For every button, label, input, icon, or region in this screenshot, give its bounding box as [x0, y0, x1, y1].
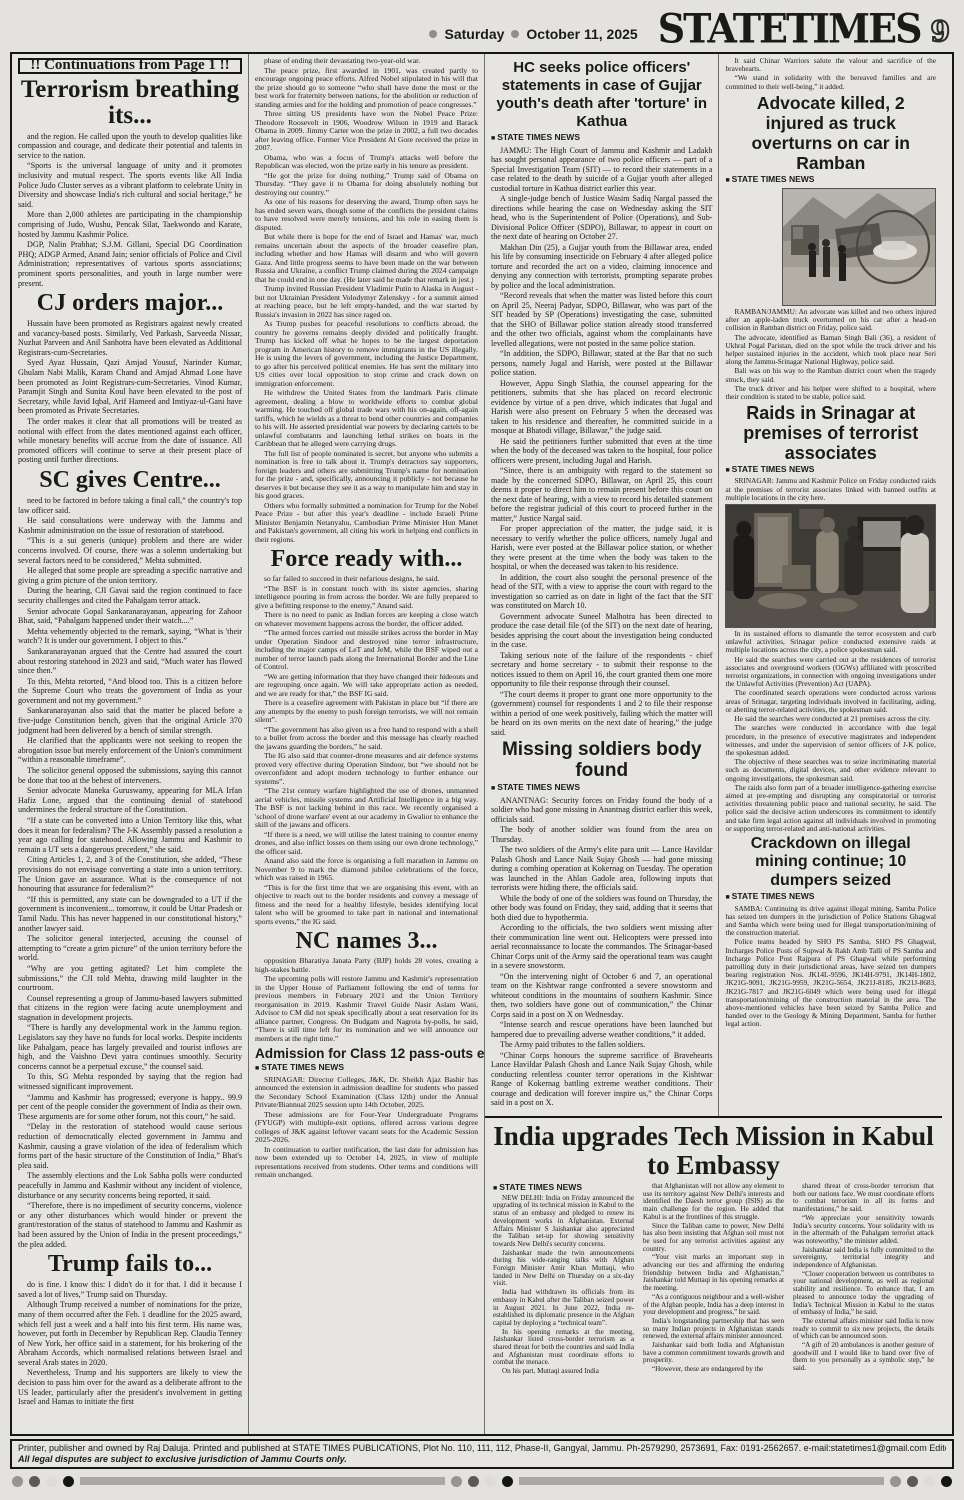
paragraph: “He got the prize for doing nothing,” Tr… — [255, 172, 478, 198]
paragraph: He clarified that the applicants were no… — [18, 736, 242, 765]
registration-dot — [451, 1476, 462, 1487]
paragraph: SRINAGAR: Director Colleges, J&K, Dr. Sh… — [255, 1076, 478, 1110]
paragraph: Although Trump received a number of nomi… — [18, 1300, 242, 1367]
india-col-3: shared threat of cross-border terrorism … — [793, 1183, 934, 1377]
paragraph: The advocate, identified as Baman Singh … — [725, 334, 936, 367]
paragraph: shared threat of cross-border terrorism … — [793, 1183, 934, 1214]
paragraph: “However, these are endangered by the — [643, 1366, 784, 1374]
paragraph: “The court deems it proper to grant one … — [491, 690, 712, 738]
article-body-admission: SRINAGAR: Director Colleges, J&K, Dr. Sh… — [255, 1076, 478, 1180]
paragraph: JAMMU: The High Court of Jammu and Kashm… — [491, 146, 712, 194]
paragraph: However, Appu Singh Slathia, the counsel… — [491, 379, 712, 436]
paragraph: and the region. He called upon the youth… — [18, 132, 242, 161]
paragraph: “A gift of 20 ambulances is another gest… — [793, 1342, 934, 1373]
registration-dot — [502, 1476, 513, 1487]
paragraph: The coordinated search operations were c… — [725, 689, 936, 714]
paragraph: ANANTNAG: Security forces on Friday foun… — [491, 796, 712, 825]
paragraph: During the hearing, CJI Gavai said the r… — [18, 586, 242, 605]
headline-hc-seeks: HC seeks police officers' statements in … — [491, 59, 712, 131]
paragraph: “Sports is the universal language of uni… — [18, 161, 242, 209]
paragraph: For proper appreciation of the matter, t… — [491, 524, 712, 572]
paragraph: Mehta vehemently objected to the remark,… — [18, 627, 242, 646]
page-number: 9 — [931, 14, 950, 50]
registration-dot — [485, 1476, 496, 1487]
paragraph: need to be factored in before taking a f… — [18, 496, 242, 515]
date-label: October 11, 2025 — [526, 26, 637, 42]
paragraph: More than 2,000 athletes are participati… — [18, 210, 242, 239]
paragraph: “Jammu and Kashmir has progressed; every… — [18, 1093, 242, 1122]
article-body-nc-names: opposition Bharatiya Janata Party (BJP) … — [255, 957, 478, 1043]
india-col-2: that Afghanistan will not allow any elem… — [643, 1183, 784, 1377]
content-frame: !! Continuations from Page 1 !! Terroris… — [10, 52, 954, 1436]
headline-cj-orders: CJ orders major... — [18, 291, 242, 316]
paragraph: But while there is hope for the end of I… — [255, 233, 478, 284]
paragraph: “We are getting information that they ha… — [255, 673, 478, 699]
paragraph: Nevertheless, Trump and his supporters a… — [18, 1368, 242, 1406]
paragraph: There is a ceasefire agreement with Paki… — [255, 699, 478, 725]
paragraph: “Therefore, there is no impediment of se… — [18, 1201, 242, 1249]
column-3: HC seeks police officers' statements in … — [485, 54, 718, 1116]
paragraph: Anand also said the force is organising … — [255, 857, 478, 883]
paragraph: Senior advocate Maneka Guruswamy, appear… — [18, 786, 242, 815]
paragraph: He said the searches were conducted at 2… — [725, 715, 936, 723]
byline: STATE TIMES NEWS — [725, 465, 936, 475]
paragraph: “The government has also given us a free… — [255, 726, 478, 752]
paragraph: phase of ending their devastating two-ye… — [255, 57, 478, 66]
article-body-sc-gives: need to be factored in before taking a f… — [18, 496, 242, 1249]
paragraph: The Army paid tributes to the fallen sol… — [491, 1040, 712, 1050]
masthead: STATETIMES — [658, 8, 921, 50]
paragraph: He withdrew the United States from the l… — [255, 389, 478, 449]
paragraph: The peace prize, first awarded in 1901, … — [255, 67, 478, 110]
legal-line: All legal disputes are subject to exclus… — [18, 1454, 946, 1465]
headline-trump-fails: Trump fails to... — [18, 1252, 242, 1277]
article-body-trump-continued: phase of ending their devastating two-ye… — [255, 57, 478, 544]
registration-dot — [924, 1476, 935, 1487]
paragraph: Jaishankar said both India and Afghanist… — [643, 1342, 784, 1365]
page-header: Saturday October 11, 2025 STATETIMES 9 — [0, 0, 964, 52]
headline-force-ready: Force ready with... — [255, 547, 478, 572]
paragraph: To this, SG Mehta responded by saying th… — [18, 1072, 242, 1091]
registration-dot — [63, 1476, 74, 1487]
article-body-advocate: RAMBAN/JAMMU: An advocate was killed and… — [725, 187, 936, 401]
article-body-hc-seeks: JAMMU: The High Court of Jammu and Kashm… — [491, 146, 712, 738]
byline: STATE TIMES NEWS — [491, 783, 712, 794]
paragraph: The truck driver and his helper were shi… — [725, 385, 936, 401]
paragraph: Taking serious note of the failure of th… — [491, 651, 712, 689]
paragraph: “Your visit marks an important step in a… — [643, 1254, 784, 1293]
paragraph: He alleged that some people are spreadin… — [18, 566, 242, 585]
paragraph: There is no need to panic as Indian forc… — [255, 611, 478, 628]
paragraph: The raids also form part of a broader in… — [725, 784, 936, 833]
paragraph: Citing Articles 1, 2, and 3 of the Const… — [18, 855, 242, 893]
headline-raids-srinagar: Raids in Srinagar at premises of terrori… — [725, 403, 936, 463]
article-india-upgrades: India upgrades Tech Mission in Kabul to … — [485, 1116, 942, 1434]
paragraph: India's longstanding partnership that ha… — [643, 1318, 784, 1341]
paragraph: “We appreciate your sensitivity towards … — [793, 1215, 934, 1246]
paragraph: He said the searches were carried out at… — [725, 656, 936, 689]
paragraph: Trump invited Russian President Vladimir… — [255, 285, 478, 319]
paragraph: Bali was on his way to the Ramban distri… — [725, 367, 936, 383]
paragraph: The two soldiers of the Army's elite par… — [491, 845, 712, 893]
paragraph: “This is a sui generis (unique) problem … — [18, 536, 242, 565]
continuations-banner: !! Continuations from Page 1 !! — [18, 58, 242, 74]
article-body-force-ready: so far failed to succeed in their nefari… — [255, 575, 478, 926]
column-4: It said Chinar Warriors salute the valou… — [718, 54, 942, 1116]
paragraph: As one of his reasons for deserving the … — [255, 198, 478, 232]
paragraph: “On the intervening night of October 6 a… — [491, 972, 712, 1020]
paragraph: “This is for the first time that we are … — [255, 884, 478, 927]
byline: STATE TIMES NEWS — [725, 175, 936, 185]
paragraph: The objective of these searches was to s… — [725, 758, 936, 783]
paragraph: Since the Taliban came to power, New Del… — [643, 1223, 784, 1254]
paragraph: These admissions are for Four-Year Under… — [255, 1111, 478, 1145]
article-body-crackdown: SAMBA: Continuing its drive against ille… — [725, 905, 936, 1029]
paragraph: do is fine. I know this: I didn't do it … — [18, 1280, 242, 1299]
article-body-india-2: that Afghanistan will not allow any elem… — [643, 1183, 784, 1374]
paragraph: “If there is a need, we will utilise the… — [255, 831, 478, 857]
registration-dot — [907, 1476, 918, 1487]
paragraph: DGP, Nalin Prabhat; S.J.M. Gillani, Spec… — [18, 240, 242, 288]
registration-marks — [12, 1473, 952, 1489]
paragraph: In continuation to earlier notification,… — [255, 1146, 478, 1180]
paragraph: “Record reveals that when the matter was… — [491, 291, 712, 348]
paragraph: The external affairs minister said India… — [793, 1318, 934, 1341]
registration-dot — [12, 1476, 23, 1487]
paragraph: “Chinar Corps honours the supreme sacrif… — [491, 1051, 712, 1108]
paragraph: Government advocate Suneel Malhotra has … — [491, 612, 712, 650]
paragraph: Sankaranarayanan argued that the Centre … — [18, 647, 242, 676]
paragraph: “The BSF is in constant touch with its s… — [255, 585, 478, 611]
india-col-1: STATE TIMES NEWS NEW DELHI: India on Fri… — [493, 1183, 634, 1377]
registration-dot — [46, 1476, 57, 1487]
paragraph: NEW DELHI: India on Friday announced the… — [493, 1195, 634, 1249]
paragraph: Sankaranarayanan also said that the matt… — [18, 706, 242, 735]
paragraph: Jaishankar made the twin announcements d… — [493, 1250, 634, 1289]
article-body-missing-continued: It said Chinar Warriors salute the valou… — [725, 57, 936, 91]
paragraph: “Since, there is an ambiguity with regar… — [491, 466, 712, 523]
paragraph: The solicitor general opposed the submis… — [18, 766, 242, 785]
paragraph: In his opening remarks at the meeting, J… — [493, 1329, 634, 1368]
paragraph: To this, Mehta retorted, “And blood too.… — [18, 677, 242, 706]
headline-sc-gives: SC gives Centre... — [18, 468, 242, 493]
paragraph: Counsel representing a group of Jammu-ba… — [18, 994, 242, 1023]
paragraph: Police teams headed by SHO PS Samba, SHO… — [725, 938, 936, 1028]
paragraph: According to the officials, the two sold… — [491, 923, 712, 971]
bullet-icon — [511, 30, 519, 38]
raid-photo-art — [726, 505, 935, 627]
byline: STATE TIMES NEWS — [255, 1063, 478, 1074]
paragraph: India had withdrawn its officials from i… — [493, 1289, 634, 1328]
paragraph: In addition, the court also sought the p… — [491, 573, 712, 611]
article-body-india-3: shared threat of cross-border terrorism … — [793, 1183, 934, 1373]
registration-bar — [80, 1477, 445, 1485]
registration-dot — [29, 1476, 40, 1487]
byline: STATE TIMES NEWS — [493, 1184, 634, 1193]
right-region: HC seeks police officers' statements in … — [484, 54, 942, 1434]
india-columns: STATE TIMES NEWS NEW DELHI: India on Fri… — [493, 1183, 934, 1377]
paragraph: It said Chinar Warriors salute the valou… — [725, 57, 936, 73]
article-body-india-1: NEW DELHI: India on Friday announced the… — [493, 1195, 634, 1376]
imprint-box: Printer, publisher and owned by Raj Dalu… — [10, 1439, 954, 1469]
paragraph: opposition Bharatiya Janata Party (BJP) … — [255, 957, 478, 974]
dateline: Saturday October 11, 2025 — [429, 26, 637, 50]
paragraph: SRINAGAR: Jammu and Kashmir Police on Fr… — [725, 477, 936, 502]
paragraph: The solicitor general interjected, accus… — [18, 934, 242, 963]
paragraph: As Trump pushes for peaceful resolutions… — [255, 320, 478, 388]
paragraph: The upcoming polls will restore Jammu an… — [255, 975, 478, 1043]
registration-dot — [468, 1476, 479, 1487]
headline-nc-names: NC names 3... — [255, 929, 478, 954]
paragraph: The assembly elections and the Lok Sabha… — [18, 1171, 242, 1200]
imprint-line: Printer, publisher and owned by Raj Dalu… — [18, 1443, 946, 1454]
paragraph: The body of another soldier was found fr… — [491, 825, 712, 844]
article-body-trump-fails: do is fine. I know this: I didn't do it … — [18, 1280, 242, 1407]
paragraph: so far failed to succeed in their nefari… — [255, 575, 478, 584]
paragraph: Three sitting US presidents have won the… — [255, 110, 478, 153]
registration-bar — [519, 1477, 884, 1485]
paragraph: Others who formally submitted a nominati… — [255, 502, 478, 545]
article-body-raids: In its sustained efforts to dismantle th… — [725, 630, 936, 833]
paragraph: While the body of one of the soldiers wa… — [491, 894, 712, 923]
article-intro-raids: SRINAGAR: Jammu and Kashmir Police on Fr… — [725, 477, 936, 502]
article-body-cj-orders: Hussain have been promoted as Registrars… — [18, 319, 242, 465]
paragraph: In its sustained efforts to dismantle th… — [725, 630, 936, 655]
paragraph: SAMBA: Continuing its drive against ille… — [725, 905, 936, 938]
byline: STATE TIMES NEWS — [725, 892, 936, 902]
byline: STATE TIMES NEWS — [491, 133, 712, 144]
headline-advocate-killed: Advocate killed, 2 injured as truck over… — [725, 93, 936, 173]
paragraph: Jaishankar said India is fully committed… — [793, 1247, 934, 1270]
registration-dot — [941, 1476, 952, 1487]
paragraph: Senior advocate Gopal Sankaranarayanan, … — [18, 607, 242, 626]
paragraph: “We stand in solidarity with the bereave… — [725, 74, 936, 90]
paragraph: A single-judge bench of Justice Wasim Sa… — [491, 194, 712, 242]
column-2: phase of ending their devastating two-ye… — [248, 54, 484, 1434]
paragraph: Syed Ayaz Hussain, Qazi Amjad Yousuf, Na… — [18, 358, 242, 416]
paragraph: “If a state can be converted into a Unio… — [18, 816, 242, 854]
paragraph: “Delay in the restoration of statehood w… — [18, 1122, 242, 1170]
paragraph: The IG also said that counter-drone meas… — [255, 752, 478, 786]
article-body-terrorism: and the region. He called upon the youth… — [18, 132, 242, 289]
paragraph: “Intense search and rescue operations ha… — [491, 1020, 712, 1039]
accident-photo — [782, 188, 936, 306]
paragraph: He said consultations were underway with… — [18, 516, 242, 535]
accident-photo-art — [783, 189, 935, 305]
article-body-missing-soldiers: ANANTNAG: Security forces on Friday foun… — [491, 796, 712, 1108]
paragraph: “Why are you getting agitated? Let him c… — [18, 964, 242, 993]
raid-photo — [725, 504, 936, 628]
day-label: Saturday — [444, 26, 504, 42]
paragraph: The order makes it clear that all promot… — [18, 417, 242, 465]
paragraph: Obama, who was a focus of Trump's attack… — [255, 154, 478, 171]
right-top: HC seeks police officers' statements in … — [485, 54, 942, 1116]
paragraph: “If this is permitted, any state can be … — [18, 895, 242, 933]
bullet-icon — [429, 30, 437, 38]
paragraph: Makhan Din (25), a Gujjar youth from the… — [491, 243, 712, 291]
paragraph: The full list of people nominated is sec… — [255, 450, 478, 501]
headline-terrorism: Terrorism breathing its... — [18, 77, 242, 129]
paragraph: “Closer cooperation between us contribut… — [793, 1271, 934, 1317]
headline-admission: Admission for Class 12 pass-outs extende… — [255, 1045, 471, 1061]
headline-india-upgrades: India upgrades Tech Mission in Kabul to … — [493, 1122, 934, 1180]
paragraph: “There is hardly any developmental work … — [18, 1023, 242, 1071]
paragraph: “The armed forces carried out missile st… — [255, 629, 478, 672]
paragraph: “In addition, the SDPO, Billawar, stated… — [491, 349, 712, 378]
registration-dot — [890, 1476, 901, 1487]
column-1: !! Continuations from Page 1 !! Terroris… — [12, 54, 248, 1434]
paragraph: Hussain have been promoted as Registrars… — [18, 319, 242, 357]
paragraph: He said the petitioners further submitte… — [491, 437, 712, 466]
paragraph: “The 21st century warfare highlighted th… — [255, 787, 478, 830]
newspaper-page: Saturday October 11, 2025 STATETIMES 9 !… — [0, 0, 964, 1500]
paragraph: The searches were conducted in accordanc… — [725, 724, 936, 757]
headline-missing-soldiers: Missing soldiers body found — [491, 739, 712, 781]
paragraph: that Afghanistan will not allow any elem… — [643, 1183, 784, 1222]
headline-crackdown-mining: Crackdown on illegal mining continue; 10… — [725, 835, 936, 891]
paragraph: On his part, Muttaqi assured India — [493, 1368, 634, 1376]
paragraph: “As a contiguous neighbour and a well-wi… — [643, 1294, 784, 1317]
